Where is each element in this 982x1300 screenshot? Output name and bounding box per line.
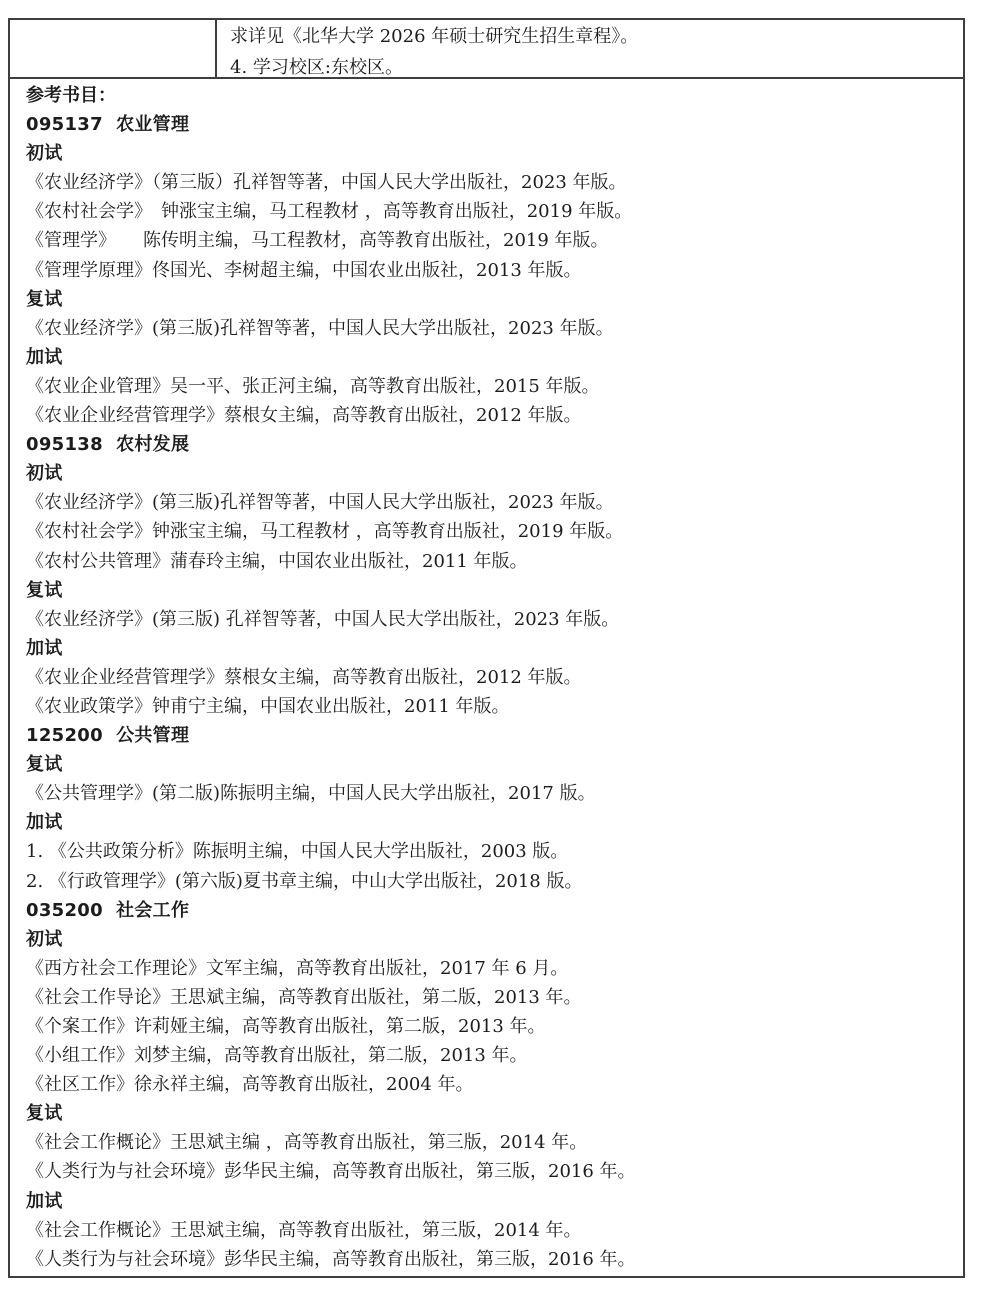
bibliography-line: 《农业企业管理》吴一平、张正河主编，高等教育出版社，2015 年版。 [26, 372, 955, 401]
bibliography-line: 复试 [26, 1099, 955, 1128]
bibliography-list: 095137 农业管理 初试 《农业经济学》（第三版）孔祥智等著，中国人民大学出… [26, 110, 955, 1274]
bibliography-line: 初试 [26, 925, 955, 954]
notice-line: 4. 学习校区:东校区。 [230, 52, 957, 77]
bibliography-line: 《管理学》 陈传明主编，马工程教材，高等教育出版社，2019 年版。 [26, 226, 955, 255]
bibliography-line: 《农业经济学》(第三版)孔祥智等著，中国人民大学出版社，2023 年版。 [26, 314, 955, 343]
empty-cell [10, 20, 217, 77]
bibliography-line: 095137 农业管理 [26, 110, 955, 139]
bibliography-line: 125200 公共管理 [26, 721, 955, 750]
bibliography-line: 加试 [26, 634, 955, 663]
bibliography-line: 《农业经济学》（第三版）孔祥智等著，中国人民大学出版社，2023 年版。 [26, 168, 955, 197]
bibliography-line: 《人类行为与社会环境》彭华民主编，高等教育出版社，第三版，2016 年。 [26, 1157, 955, 1186]
bibliography-line: 《农村社会学》 钟涨宝主编，马工程教材 ，高等教育出版社，2019 年版。 [26, 197, 955, 226]
bibliography-line: 《小组工作》刘梦主编，高等教育出版社，第二版，2013 年。 [26, 1041, 955, 1070]
notice-row: 求详见《北华大学 2026 年硕士研究生招生章程》。 4. 学习校区:东校区。 [10, 20, 963, 79]
bibliography-line: 《农业企业经营管理学》蔡根女主编，高等教育出版社，2012 年版。 [26, 663, 955, 692]
bibliography-line: 《公共管理学》(第二版)陈振明主编，中国人民大学出版社，2017 版。 [26, 779, 955, 808]
bibliography-line: 《社会工作导论》王思斌主编，高等教育出版社，第二版，2013 年。 [26, 983, 955, 1012]
bibliography-line: 《社区工作》徐永祥主编，高等教育出版社，2004 年。 [26, 1070, 955, 1099]
bibliography-line: 《农业政策学》钟甫宁主编，中国农业出版社，2011 年版。 [26, 692, 955, 721]
bibliography-line: 《社会工作概论》王思斌主编 ，高等教育出版社，第三版，2014 年。 [26, 1128, 955, 1157]
bibliography-title: 参考书目： [26, 81, 955, 110]
bibliography-line: 《个案工作》许莉娅主编，高等教育出版社，第二版，2013 年。 [26, 1012, 955, 1041]
bibliography-line: 《人类行为与社会环境》彭华民主编，高等教育出版社，第三版，2016 年。 [26, 1245, 955, 1274]
bibliography-line: 复试 [26, 576, 955, 605]
bibliography-line: 《农村公共管理》蒲春玲主编，中国农业出版社，2011 年版。 [26, 547, 955, 576]
info-table: 求详见《北华大学 2026 年硕士研究生招生章程》。 4. 学习校区:东校区。 … [8, 18, 965, 1278]
bibliography-line: 复试 [26, 750, 955, 779]
bibliography-line: 《农业经济学》(第三版)孔祥智等著，中国人民大学出版社，2023 年版。 [26, 488, 955, 517]
bibliography-line: 035200 社会工作 [26, 896, 955, 925]
bibliography-line: 加试 [26, 343, 955, 372]
bibliography-line: 《西方社会工作理论》文军主编，高等教育出版社，2017 年 6 月。 [26, 954, 955, 983]
bibliography-line: 初试 [26, 459, 955, 488]
bibliography-line: 复试 [26, 285, 955, 314]
bibliography-line: 1. 《公共政策分析》陈振明主编，中国人民大学出版社，2003 版。 [26, 837, 955, 866]
bibliography-line: 《农业经济学》(第三版) 孔祥智等著，中国人民大学出版社，2023 年版。 [26, 605, 955, 634]
bibliography-line: 初试 [26, 139, 955, 168]
notice-cell: 求详见《北华大学 2026 年硕士研究生招生章程》。 4. 学习校区:东校区。 [217, 20, 963, 77]
bibliography-line: 《社会工作概论》王思斌主编，高等教育出版社，第三版，2014 年。 [26, 1216, 955, 1245]
bibliography-line: 加试 [26, 1187, 955, 1216]
bibliography-line: 《农村社会学》钟涨宝主编，马工程教材 ，高等教育出版社，2019 年版。 [26, 517, 955, 546]
bibliography-line: 2. 《行政管理学》(第六版)夏书章主编，中山大学出版社，2018 版。 [26, 867, 955, 896]
bibliography-line: 加试 [26, 808, 955, 837]
bibliography-cell: 参考书目： 095137 农业管理 初试 《农业经济学》（第三版）孔祥智等著，中… [10, 79, 963, 1276]
bibliography-line: 095138 农村发展 [26, 430, 955, 459]
notice-line: 求详见《北华大学 2026 年硕士研究生招生章程》。 [230, 21, 957, 52]
bibliography-line: 《管理学原理》佟国光、李树超主编，中国农业出版社，2013 年版。 [26, 256, 955, 285]
bibliography-line: 《农业企业经营管理学》蔡根女主编，高等教育出版社，2012 年版。 [26, 401, 955, 430]
document-page: 求详见《北华大学 2026 年硕士研究生招生章程》。 4. 学习校区:东校区。 … [0, 0, 982, 1300]
